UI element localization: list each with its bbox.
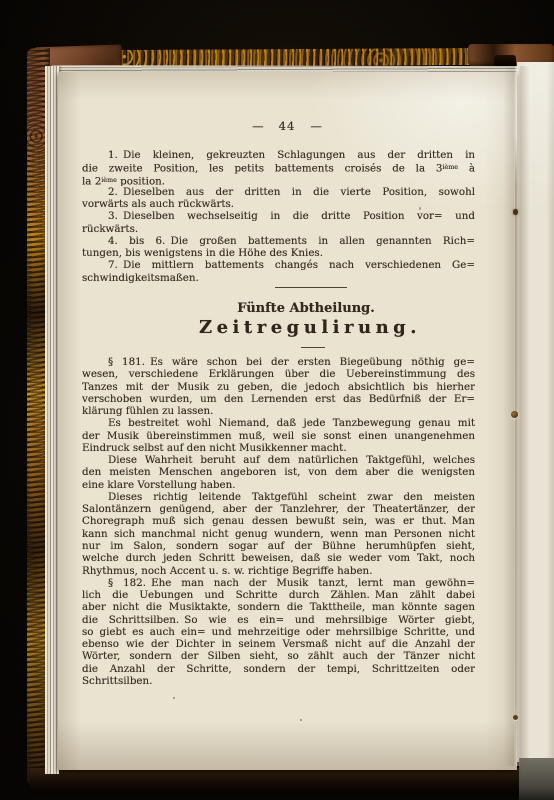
text-line: nur im Salon, sondern sogar auf der Bühn… bbox=[82, 540, 475, 552]
gutter-crease bbox=[515, 135, 517, 763]
text-line: die Schrittsilben. So wie es ein= und me… bbox=[82, 614, 475, 626]
text-line: Diese Wahrheit beruht auf dem natürliche… bbox=[82, 454, 475, 466]
text-line: 2. Dieselben aus der dritten in die vier… bbox=[82, 186, 475, 198]
text-line: Eindruck selbst auf den nicht Musikkenne… bbox=[82, 442, 475, 454]
text-line: vorwärts als auch rückwärts. bbox=[82, 198, 475, 210]
text-line: kann sich manchmal nicht genug wundern, … bbox=[82, 528, 475, 540]
section-kicker: Fünfte Abtheilung. bbox=[109, 301, 503, 316]
title-underline-rule bbox=[301, 347, 325, 348]
page-stack-left-edges bbox=[45, 66, 59, 774]
text-line: Choregraph muß sich genau dessen bewußt … bbox=[82, 515, 475, 527]
body-text: § 181. Es wäre schon bei der ersten Bieg… bbox=[82, 356, 475, 687]
wormhole bbox=[511, 411, 518, 418]
page-header: — 44 — bbox=[90, 119, 484, 133]
text-line: Es bestreitet wohl Niemand, daß jede Tan… bbox=[82, 417, 475, 429]
text-line: 4. bis 6. Die großen battements in allen… bbox=[82, 235, 475, 247]
text-line: klärung fühlen zu lassen. bbox=[82, 405, 475, 417]
text-line: die zweite Position, les petits battemen… bbox=[82, 161, 475, 173]
paper-speck bbox=[300, 719, 302, 721]
text-line: Salontänzern genügend, aber der Tanzlehr… bbox=[82, 503, 475, 515]
text-line: 7. Die mittlern battements changés nach … bbox=[82, 259, 475, 271]
text-line: der Musik übereinstimmen muß, weil sie s… bbox=[82, 430, 475, 442]
header-dash-right: — bbox=[310, 119, 322, 133]
page-number: 44 bbox=[279, 119, 296, 133]
paper-speck bbox=[173, 697, 175, 699]
text-line: schwindigkeitsmaßen. bbox=[82, 272, 475, 284]
text-line: wesen, verschiedene Erklärungen über die… bbox=[82, 368, 475, 380]
text-line: 1. Die kleinen, gekreuzten Schlagungen a… bbox=[82, 149, 475, 161]
text-line: den meisten Menschen angeboren ist, von … bbox=[82, 466, 475, 478]
text-line: eine klare Vorstellung haben. bbox=[82, 479, 475, 491]
text-line: welche durch jeden Schritt beweisen, daß… bbox=[82, 552, 475, 564]
numbered-list-text: 1. Die kleinen, gekreuzten Schlagungen a… bbox=[82, 149, 475, 284]
text-line: § 181. Es wäre schon bei der ersten Bieg… bbox=[82, 356, 475, 368]
text-line: Schrittsilben. bbox=[82, 675, 475, 687]
text-line: Wörter, sondern der Silben sieht, so zäh… bbox=[82, 650, 475, 662]
text-line: la 2ième position. bbox=[82, 174, 475, 186]
section-title: Zeitregulirung. bbox=[113, 317, 507, 338]
text-line: Tanzes mit der Musik zu geben, die jedoc… bbox=[82, 381, 475, 393]
text-line: tungen, bis wenigstens in die Höhe des K… bbox=[82, 247, 475, 259]
section-divider-rule bbox=[275, 287, 347, 288]
text-line: die Anzahl der Schritte, sondern der tem… bbox=[82, 663, 475, 675]
text-line: aber nicht die Musiktakte, sondern die T… bbox=[82, 601, 475, 613]
text-line: verschoben wurden, um den Lernenden erst… bbox=[82, 393, 475, 405]
wormhole bbox=[513, 715, 518, 720]
text-line: lich die Uebungen und Schritte durch Zäh… bbox=[82, 589, 475, 601]
text-line: Dieses richtig leitende Taktgefühl schei… bbox=[82, 491, 475, 503]
board-bottom-shadow bbox=[30, 768, 554, 794]
wormhole bbox=[513, 209, 518, 215]
text-line: ebenso wie der Dichter in seinem Versmaß… bbox=[82, 638, 475, 650]
book-photo: — 44 — 1. Die kleinen, gekreuzten Schlag… bbox=[0, 0, 554, 800]
text-line: § 182. Ehe man nach der Musik tanzt, ler… bbox=[82, 577, 475, 589]
text-line: Rhythmus, noch Accent u. s. w. richtige … bbox=[82, 565, 475, 577]
text-line: rückwärts. bbox=[82, 223, 475, 235]
header-dash-left: — bbox=[252, 119, 264, 133]
text-line: 3. Dieselben wechselseitig in die dritte… bbox=[82, 210, 475, 222]
text-line: so giebt es auch ein= und mehrzeitige od… bbox=[82, 626, 475, 638]
